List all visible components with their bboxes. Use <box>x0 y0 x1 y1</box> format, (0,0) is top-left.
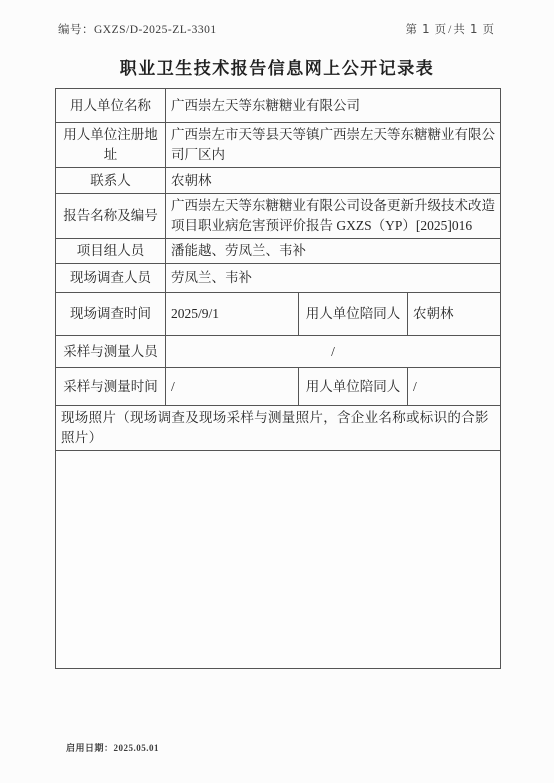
page-middle: 页/共 <box>435 24 467 36</box>
record-table: 用人单位名称 广西崇左天等东糖糖业有限公司 用人单位注册地址 广西崇左市天等县天… <box>55 88 501 669</box>
row-photos-area <box>56 451 501 669</box>
document-title: 职业卫生技术报告信息网上公开记录表 <box>0 54 554 79</box>
row-sampling-time: 采样与测量时间 / 用人单位陪同人 / <box>56 368 501 406</box>
row-sampling-staff: 采样与测量人员 / <box>56 336 501 368</box>
field-value-accompanying: / <box>408 368 501 406</box>
row-project-team: 项目组人员 潘能越、劳凤兰、韦补 <box>56 239 501 264</box>
field-value: / <box>166 336 501 368</box>
photos-note: 现场照片（现场调查及现场采样与测量照片，含企业名称或标识的合影照片） <box>56 406 501 451</box>
page-suffix: 页 <box>483 24 497 36</box>
row-contact-person: 联系人 农朝林 <box>56 168 501 194</box>
field-value: 广西崇左天等东糖糖业有限公司设备更新升级技术改造项目职业病危害预评价报告 GXZ… <box>166 194 501 239</box>
field-label: 采样与测量人员 <box>56 336 166 368</box>
doc-number-label: 编号： <box>58 24 94 36</box>
field-label: 联系人 <box>56 168 166 194</box>
page-meta-row: 编号：GXZS/D-2025-ZL-3301 第1页/共1页 <box>58 21 496 37</box>
field-label: 现场调查时间 <box>56 293 166 336</box>
doc-number-value: GXZS/D-2025-ZL-3301 <box>94 24 217 36</box>
field-value: 农朝林 <box>166 168 501 194</box>
row-photos-note: 现场照片（现场调查及现场采样与测量照片，含企业名称或标识的合影照片） <box>56 406 501 451</box>
row-site-survey-staff: 现场调查人员 劳凤兰、韦补 <box>56 264 501 293</box>
field-value: 2025/9/1 <box>166 293 299 336</box>
field-value: 广西崇左天等东糖糖业有限公司 <box>166 89 501 123</box>
effective-date-label: 启用日期： <box>66 743 114 753</box>
field-value: 广西崇左市天等县天等镇广西崇左天等东糖糖业有限公司厂区内 <box>166 123 501 168</box>
field-label: 现场调查人员 <box>56 264 166 293</box>
field-label-accompanying: 用人单位陪同人 <box>299 368 408 406</box>
page-prefix: 第 <box>406 24 420 36</box>
row-site-survey-time: 现场调查时间 2025/9/1 用人单位陪同人 农朝林 <box>56 293 501 336</box>
field-value: 潘能越、劳凤兰、韦补 <box>166 239 501 264</box>
doc-number: 编号：GXZS/D-2025-ZL-3301 <box>58 21 217 37</box>
page-total-handwritten: 1 <box>467 22 483 36</box>
row-employer-name: 用人单位名称 广西崇左天等东糖糖业有限公司 <box>56 89 501 123</box>
field-label: 用人单位注册地址 <box>56 123 166 168</box>
field-value-accompanying: 农朝林 <box>408 293 501 336</box>
field-label-accompanying: 用人单位陪同人 <box>299 293 408 336</box>
document-page: 编号：GXZS/D-2025-ZL-3301 第1页/共1页 职业卫生技术报告信… <box>0 0 554 783</box>
effective-date: 启用日期：2025.05.01 <box>66 741 159 754</box>
field-value: / <box>166 368 299 406</box>
effective-date-value: 2025.05.01 <box>114 743 160 753</box>
field-label: 项目组人员 <box>56 239 166 264</box>
page-current-handwritten: 1 <box>419 22 435 36</box>
row-registered-address: 用人单位注册地址 广西崇左市天等县天等镇广西崇左天等东糖糖业有限公司厂区内 <box>56 123 501 168</box>
field-value: 劳凤兰、韦补 <box>166 264 501 293</box>
photos-empty-area <box>56 451 501 669</box>
row-report-name-number: 报告名称及编号 广西崇左天等东糖糖业有限公司设备更新升级技术改造项目职业病危害预… <box>56 194 501 239</box>
field-label: 采样与测量时间 <box>56 368 166 406</box>
page-info: 第1页/共1页 <box>406 21 496 37</box>
field-label: 用人单位名称 <box>56 89 166 123</box>
field-label: 报告名称及编号 <box>56 194 166 239</box>
